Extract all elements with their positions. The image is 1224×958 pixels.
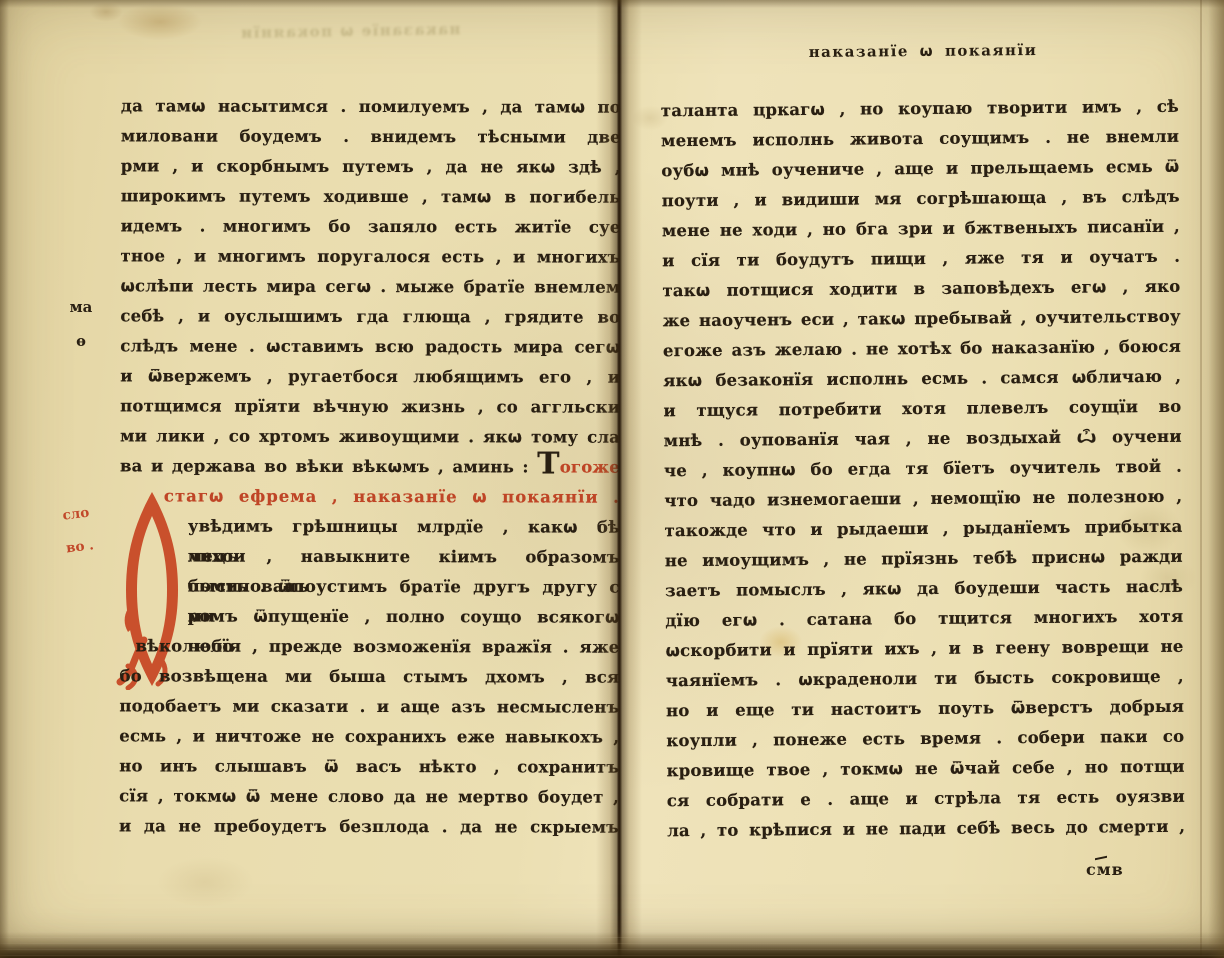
page-edge-left xyxy=(0,0,9,958)
text-line: есмь , и ничтоже не сохранихъ еже навыко… xyxy=(119,721,619,752)
text-line: подобаетъ ми сказати . и аще азъ несмысл… xyxy=(119,691,619,722)
text-line: да тамѡ насытимся . помилуемъ , да тамѡ … xyxy=(121,91,621,122)
red-text-segment: огоже xyxy=(560,457,620,476)
text-line: не имоущимъ , не прїязнь тебѣ приснѡ раж… xyxy=(665,542,1183,577)
book-spread: наказанїе ѡ покаянїи ма ѳ сло во . да та… xyxy=(0,0,1224,958)
text-line: егоже азъ желаю . не хотѣх бо наказанїю … xyxy=(663,332,1181,367)
text-line: поути , и видиши мя согрѣшающа , въ слѣд… xyxy=(662,182,1180,217)
text-line: заетъ помыслъ , якѡ да боудеши часть нас… xyxy=(665,572,1183,607)
text-line: себѣ , и оуслышимъ гда глюща , грядите в… xyxy=(120,301,620,332)
text-line: вѣколюбїя , прежде возможенїя вражїя . я… xyxy=(119,631,619,662)
text-line: такожде что и рыдаеши , рыданїемъ прибыт… xyxy=(664,512,1182,547)
page-edges-bottom xyxy=(0,932,1224,958)
text-segment: ва и держава во вѣки вѣкѡмъ , аминь : xyxy=(120,456,537,476)
margin-note-line: во . xyxy=(52,528,108,567)
page-edge-right xyxy=(1208,0,1224,958)
text-line: ва и держава во вѣки вѣкѡмъ , аминь : То… xyxy=(120,451,620,482)
text-line: дїю егѡ . сатана бо тщится многихъ хотя xyxy=(665,602,1183,637)
text-line: сїя , токмѡ ѿ мене слово да не мертво бо… xyxy=(119,781,619,812)
text-line: идемъ . многимъ бо запяло есть житїе суе xyxy=(121,211,621,242)
page-edge-top xyxy=(0,0,1224,8)
text-line: мене не ходи , но бга зри и бжтвеныхъ пи… xyxy=(662,212,1180,247)
text-line: якѡ безаконїя исполнь есмь . самся ѡблич… xyxy=(663,362,1181,397)
text-line: оубѡ мнѣ оучениче , аще и прельщаемь есм… xyxy=(661,152,1179,187)
text-line: таланта цркагѡ , но коупаю творити имъ ,… xyxy=(661,92,1179,127)
text-line: мецъ , навыкните кіимъ образомъ помилова… xyxy=(120,541,620,572)
text-line: же наоученъ еси , такѡ пребывай , оучите… xyxy=(663,302,1181,337)
text-line: бо возвѣщена ми быша стымъ дхомъ , вся xyxy=(119,661,619,692)
text-line: че , коупнѡ бо егда тя бїетъ оучитель тв… xyxy=(664,452,1182,487)
text-line: ромъ ѿпущенїе , полно соущо всякогѡ чело xyxy=(120,601,620,632)
text-line: миловани боудемъ . внидемъ тѣсными две xyxy=(121,121,621,152)
text-line: ла , то крѣпися и не пади себѣ весь до с… xyxy=(667,812,1185,847)
text-line: ѡслѣпи лесть мира сегѡ . мыже братїе вне… xyxy=(120,271,620,302)
text-line: мнѣ . оупованїя чая , не воздыхай ѽ оуче… xyxy=(664,422,1182,457)
right-text-column: таланта цркагѡ , но коупаю творити имъ ,… xyxy=(661,92,1186,846)
text-line: коупли , понеже есть время . собери паки… xyxy=(666,722,1184,757)
text-line: но инъ слышавъ ѿ васъ нѣкто , сохранитъ xyxy=(119,751,619,782)
text-line: слѣдъ мене . ѡставимъ всю радость мира с… xyxy=(120,331,620,362)
large-capital-T: Т xyxy=(537,446,560,481)
text-line: и да не пребоудетъ безплода . да не скры… xyxy=(119,811,619,842)
text-line: что чадо изнемогаеши , немощїю не полезн… xyxy=(664,482,1182,517)
text-line: такѡ потщися ходити в заповѣдехъ егѡ , я… xyxy=(662,272,1180,307)
text-line: но и еще ти настоитъ поуть ѿверстъ добры… xyxy=(666,692,1184,727)
text-line: потщимся прїяти вѣчную жизнь , со аггльс… xyxy=(120,391,620,422)
text-line: бысть . ѿпоустимъ братїе другъ другу с м… xyxy=(120,571,620,602)
text-line: и тщуся потребити хотя плевелъ соущїи во xyxy=(663,392,1181,427)
text-line: тное , и многимъ поругалося есть , и мно… xyxy=(121,241,621,272)
text-line: широкимъ путемъ ходивше , тамѡ в погибел… xyxy=(121,181,621,212)
left-text-column: да тамѡ насытимся . помилуемъ , да тамѡ … xyxy=(119,91,621,842)
folio-number: смв xyxy=(1086,860,1124,879)
bleed-through-text: наказанїе ѡ покаянїи xyxy=(150,19,550,44)
text-line: менемъ исполнь живота соущимъ . не внемл… xyxy=(661,122,1179,157)
text-line: рми , и скорбнымъ путемъ , да не якѡ здѣ… xyxy=(121,151,621,182)
running-title: наказанїе ѡ покаянїи xyxy=(664,40,1182,63)
text-line: стагѡ ефрема , наказанїе ѡ покаянїи . xyxy=(120,481,620,512)
text-line: ся собрати е . аще и стрѣла тя есть оуяз… xyxy=(667,782,1185,817)
margin-note-line: ѳ xyxy=(58,324,104,358)
page-crease xyxy=(1200,0,1202,958)
text-line: и сїя ти боудутъ пищи , яже тя и оучатъ … xyxy=(662,242,1180,277)
margin-note-line: ма xyxy=(58,290,104,324)
text-line: увѣдимъ грѣшницы млрдїе , какѡ бѣ лихои xyxy=(120,511,620,542)
text-line: кровище твое , токмѡ не ѿчай себе , но п… xyxy=(666,752,1184,787)
margin-note-scripture: ма ѳ xyxy=(58,290,104,358)
text-line: чаянїемъ . ѡкраденоли ти бысть сокровище… xyxy=(666,662,1184,697)
text-line: и ѿвержемъ , ругаетбося любящимъ его , и xyxy=(120,361,620,392)
margin-note-sermon: сло во . xyxy=(48,495,108,567)
text-line: ѡскорбити и прїяти ихъ , и в геену вовре… xyxy=(665,632,1183,667)
